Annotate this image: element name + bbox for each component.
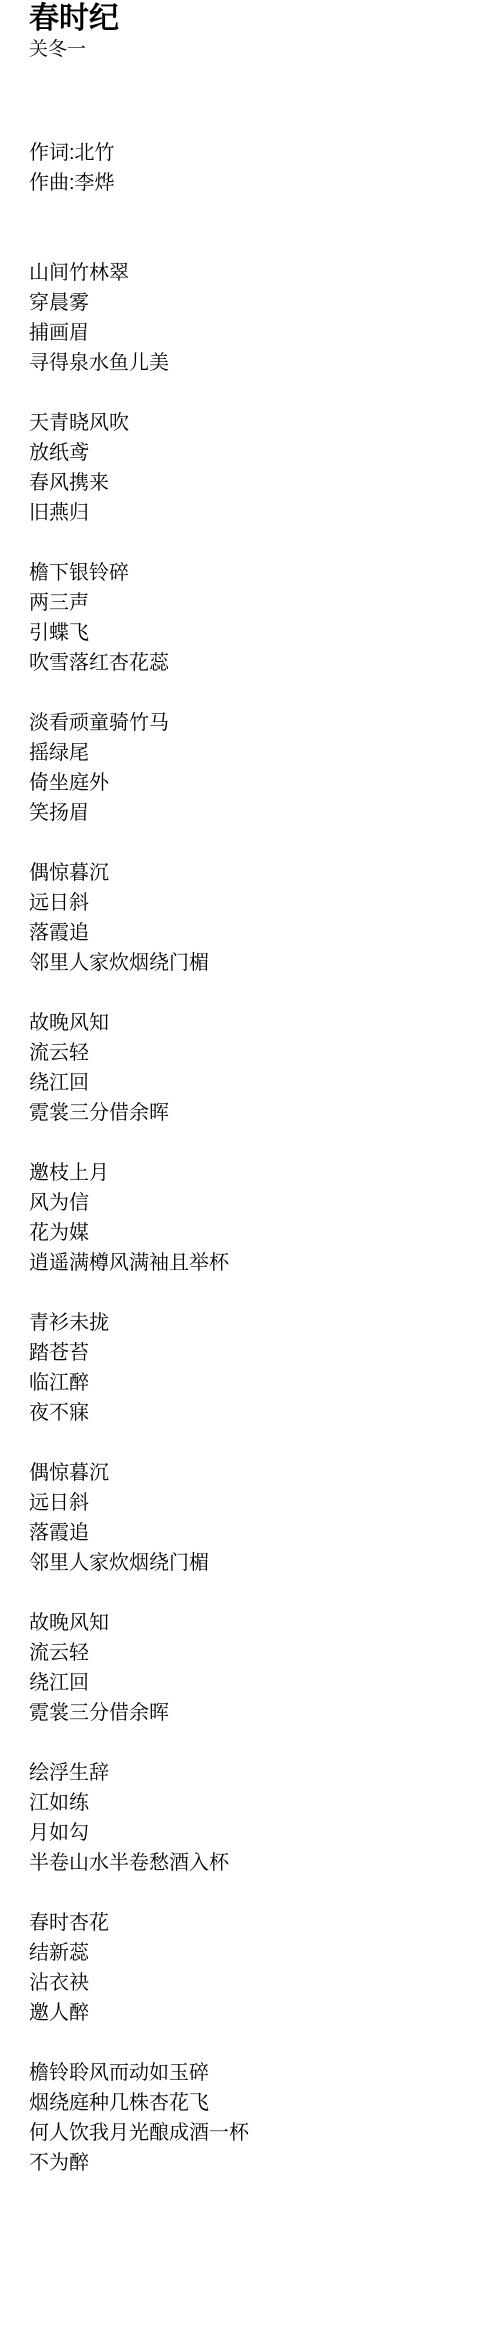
lyric-line: 月如勾 <box>29 1818 480 1848</box>
lyrics-page: 春时纪 关冬一 作词:北竹 作曲:李烨 山间竹林翠穿晨雾捕画眉寻得泉水鱼儿美天青… <box>0 0 500 2350</box>
lyric-line: 沾衣袂 <box>29 1968 480 1998</box>
song-title: 春时纪 <box>29 0 480 38</box>
lyrics-body: 作词:北竹 作曲:李烨 山间竹林翠穿晨雾捕画眉寻得泉水鱼儿美天青晓风吹放纸鸢春风… <box>29 138 480 2178</box>
lyric-line: 邻里人家炊烟绕门楣 <box>29 948 480 978</box>
lyric-line: 檐铃聆风而动如玉碎 <box>29 2058 480 2088</box>
stanza-gap <box>29 678 480 708</box>
credit-composer: 作曲:李烨 <box>29 168 480 198</box>
lyric-line: 花为媒 <box>29 1218 480 1248</box>
stanza-gap <box>29 2028 480 2058</box>
blank-line <box>29 228 480 258</box>
blank-line <box>29 198 480 228</box>
lyric-line: 半卷山水半卷愁酒入杯 <box>29 1848 480 1878</box>
lyric-line: 临江醉 <box>29 1368 480 1398</box>
credit-lyricist: 作词:北竹 <box>29 138 480 168</box>
lyric-line: 远日斜 <box>29 1488 480 1518</box>
lyric-line: 檐下银铃碎 <box>29 558 480 588</box>
lyric-line: 风为信 <box>29 1188 480 1218</box>
lyric-line: 偶惊暮沉 <box>29 1458 480 1488</box>
lyric-line: 霓裳三分借余晖 <box>29 1698 480 1728</box>
lyric-line: 天青晓风吹 <box>29 408 480 438</box>
lyric-line: 山间竹林翠 <box>29 258 480 288</box>
stanza-gap <box>29 1878 480 1908</box>
lyric-line: 绕江回 <box>29 1668 480 1698</box>
lyric-line: 霓裳三分借余晖 <box>29 1098 480 1128</box>
lyric-line: 烟绕庭种几株杏花飞 <box>29 2088 480 2118</box>
lyric-line: 夜不寐 <box>29 1398 480 1428</box>
lyric-line: 不为醉 <box>29 2148 480 2178</box>
lyric-line: 春风携来 <box>29 468 480 498</box>
lyric-line: 邀人醉 <box>29 1998 480 2028</box>
lyric-line: 旧燕归 <box>29 498 480 528</box>
lyric-line: 两三声 <box>29 588 480 618</box>
lyric-line: 故晚风知 <box>29 1608 480 1638</box>
stanza-gap <box>29 528 480 558</box>
lyric-line: 远日斜 <box>29 888 480 918</box>
stanza-gap <box>29 1278 480 1308</box>
stanza-container: 山间竹林翠穿晨雾捕画眉寻得泉水鱼儿美天青晓风吹放纸鸢春风携来旧燕归檐下银铃碎两三… <box>29 258 480 2178</box>
lyric-line: 绘浮生辞 <box>29 1758 480 1788</box>
lyric-line: 倚坐庭外 <box>29 768 480 798</box>
lyric-line: 绕江回 <box>29 1068 480 1098</box>
stanza-gap <box>29 1128 480 1158</box>
lyric-line: 踏苍苔 <box>29 1338 480 1368</box>
lyric-line: 穿晨雾 <box>29 288 480 318</box>
lyric-line: 江如练 <box>29 1788 480 1818</box>
lyric-line: 逍遥满樽风满袖且举杯 <box>29 1248 480 1278</box>
lyric-line: 故晚风知 <box>29 1008 480 1038</box>
lyric-line: 邻里人家炊烟绕门楣 <box>29 1548 480 1578</box>
stanza-gap <box>29 378 480 408</box>
lyric-line: 引蝶飞 <box>29 618 480 648</box>
lyric-line: 偶惊暮沉 <box>29 858 480 888</box>
stanza-gap <box>29 978 480 1008</box>
lyric-line: 吹雪落红杏花蕊 <box>29 648 480 678</box>
lyric-line: 笑扬眉 <box>29 798 480 828</box>
stanza-gap <box>29 828 480 858</box>
lyric-line: 春时杏花 <box>29 1908 480 1938</box>
lyric-line: 邀枝上月 <box>29 1158 480 1188</box>
lyric-line: 寻得泉水鱼儿美 <box>29 348 480 378</box>
lyric-line: 结新蕊 <box>29 1938 480 1968</box>
lyric-line: 流云轻 <box>29 1038 480 1068</box>
lyric-line: 淡看顽童骑竹马 <box>29 708 480 738</box>
artist-name: 关冬一 <box>29 38 480 62</box>
lyric-line: 落霞追 <box>29 1518 480 1548</box>
lyric-line: 流云轻 <box>29 1638 480 1668</box>
stanza-gap <box>29 1728 480 1758</box>
lyric-line: 何人饮我月光酿成酒一杯 <box>29 2118 480 2148</box>
lyric-line: 落霞追 <box>29 918 480 948</box>
stanza-gap <box>29 1578 480 1608</box>
lyric-line: 捕画眉 <box>29 318 480 348</box>
lyric-line: 放纸鸢 <box>29 438 480 468</box>
lyric-line: 青衫未拢 <box>29 1308 480 1338</box>
stanza-gap <box>29 1428 480 1458</box>
lyric-line: 摇绿尾 <box>29 738 480 768</box>
